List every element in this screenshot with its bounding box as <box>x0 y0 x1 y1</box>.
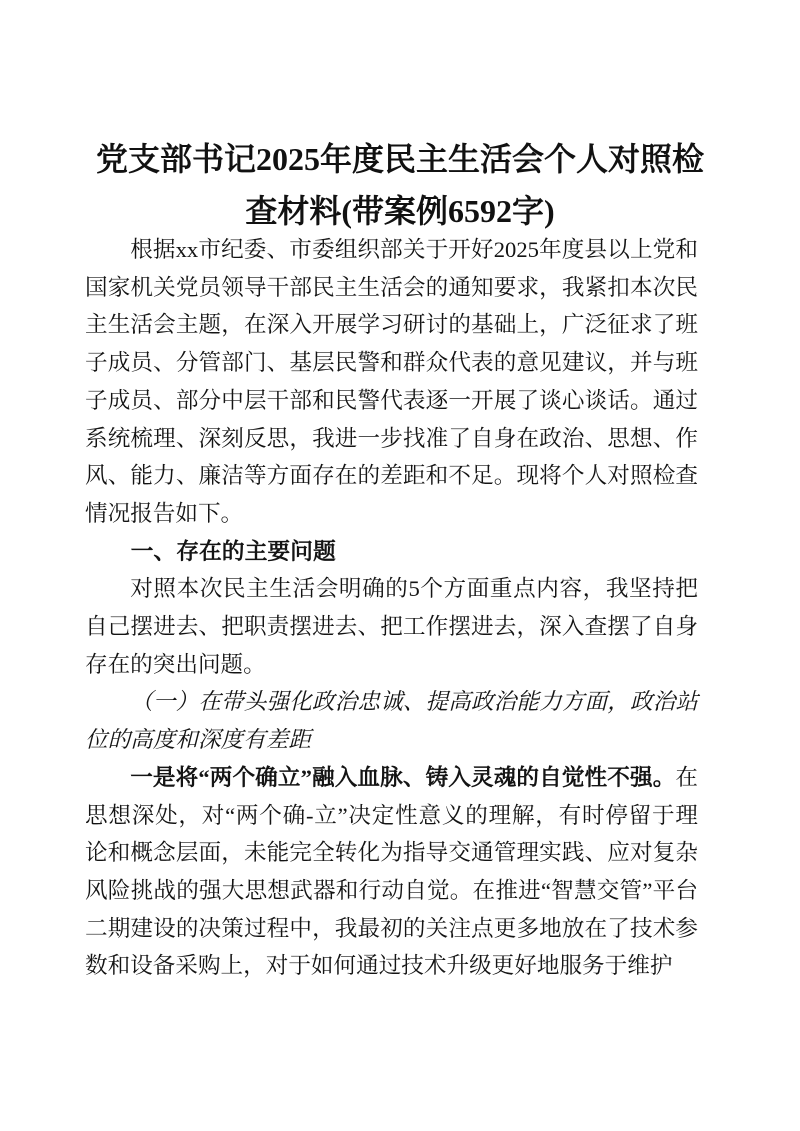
section-heading-main-problems: 一、存在的主要问题 <box>85 533 698 571</box>
overview-paragraph: 对照本次民主生活会明确的5个方面重点内容，我坚持把自己摆进去、把职责摆进去、把工… <box>85 570 698 683</box>
problem-paragraph-1-lead: 一是将“两个确立”融入血脉、铸入灵魂的自觉性不强。 <box>130 765 675 790</box>
document-title-line1: 党支部书记2025年度民主生活会个人对照检 <box>96 141 704 177</box>
intro-paragraph: 根据xx市纪委、市委组织部关于开好2025年度县以上党和国家机关党员领导干部民主… <box>85 231 698 533</box>
problem-paragraph-1-text: 在思想深处，对“两个确-立”决定性意义的理解，有时停留于理论和概念层面，未能完全… <box>85 765 698 979</box>
document-page: 党支部书记2025年度民主生活会个人对照检查材料(带案例6592字) 根据xx市… <box>0 0 800 1131</box>
subsection-heading-political-loyalty: （一）在带头强化政治忠诚、提高政治能力方面，政治站位的高度和深度有差距 <box>85 683 698 758</box>
problem-paragraph-1: 一是将“两个确立”融入血脉、铸入灵魂的自觉性不强。在思想深处，对“两个确-立”决… <box>85 759 698 985</box>
document-title-line2: 查材料(带案例6592字) <box>245 193 554 229</box>
document-body: 根据xx市纪委、市委组织部关于开好2025年度县以上党和国家机关党员领导干部民主… <box>0 231 800 985</box>
document-title: 党支部书记2025年度民主生活会个人对照检查材料(带案例6592字) <box>0 133 800 237</box>
